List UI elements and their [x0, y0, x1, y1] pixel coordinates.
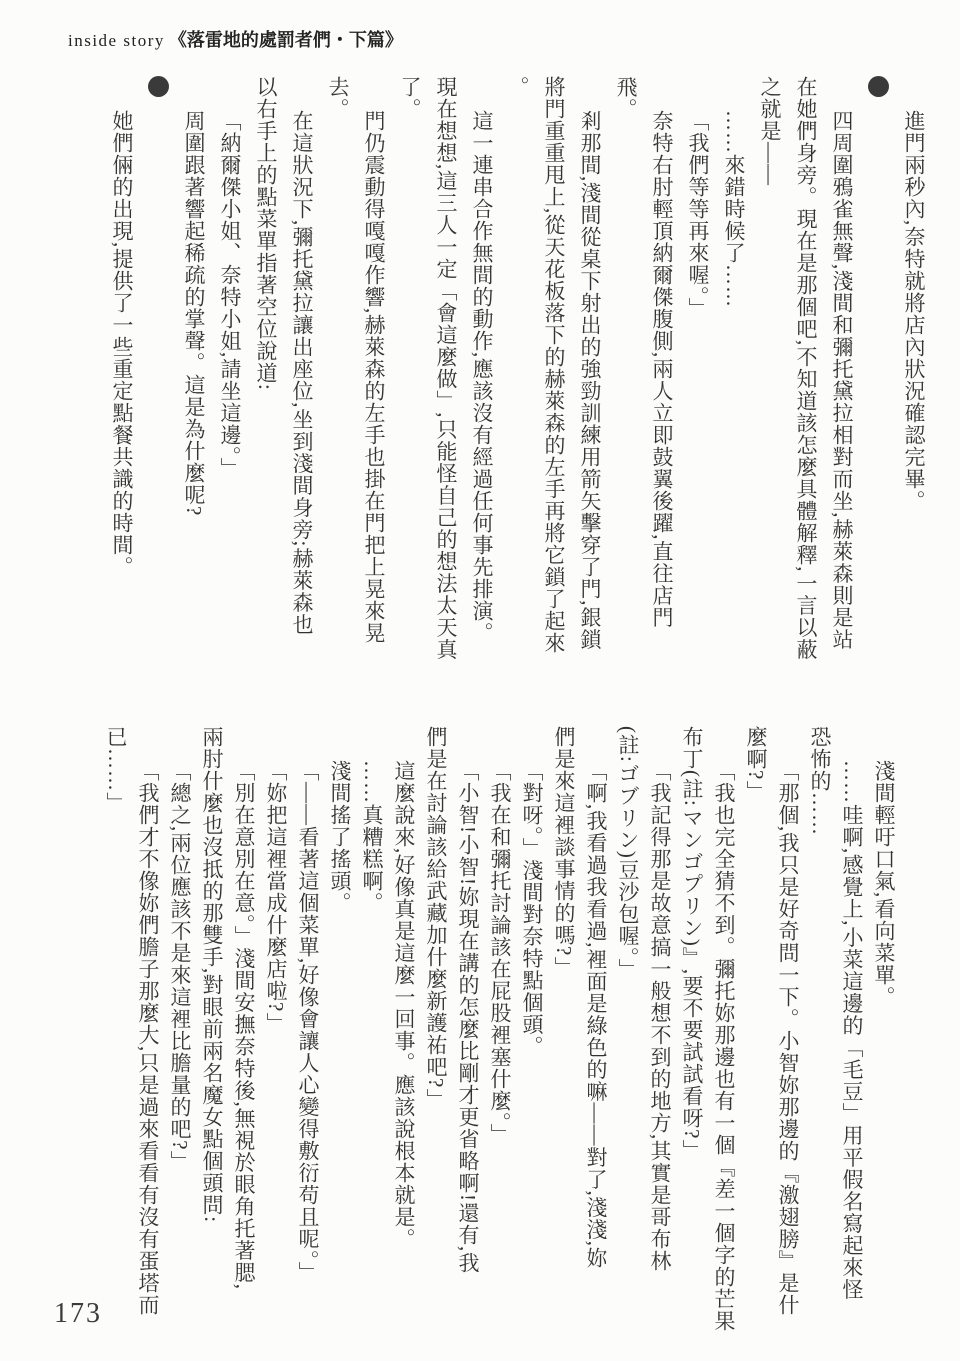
text-line: 恐怖的……: [804, 726, 836, 1344]
text-line: 「我們才不像妳們膽子那麼大,只是過來看看有沒有蛋塔而: [132, 726, 164, 1344]
text-line: 以右手上的點菜單指著空位說道:: [248, 76, 284, 676]
section-break-line: [140, 76, 176, 676]
section-break-dot-icon: [148, 76, 169, 97]
page-number: 173: [54, 1298, 102, 1330]
text-line: 奈特右肘輕頂納爾傑腹側,兩人立即鼓翼後躍,直往店門: [644, 76, 680, 676]
text-line: 「我們等等再來喔。」: [680, 76, 716, 676]
text-line: 「總之,兩位應該不是來這裡比膽量的吧?」: [164, 726, 196, 1344]
text-line: 「納爾傑小姐、奈特小姐,請坐這邊。」: [212, 76, 248, 676]
text-line: 淺間輕吁口氣,看向菜單。: [868, 726, 900, 1344]
text-line: ……來錯時候了……: [716, 76, 752, 676]
text-line: 們是在討論該給武藏加什麼新護祐吧?」: [420, 726, 452, 1344]
text-line: 這一連串合作無間的動作,應該沒有經過任何事先排演。: [464, 76, 500, 676]
text-line: 這麼說來,好像真是這麼一回事。應該說根本就是。: [388, 726, 420, 1344]
text-line: 「啊,我看過我看過,裡面是綠色的嘛——對了,淺淺,妳: [580, 726, 612, 1344]
text-line: ……真糟糕啊。: [356, 726, 388, 1344]
text-line: 兩肘什麼也沒抵的那雙手,對眼前兩名魔女點個頭問:: [196, 726, 228, 1344]
text-line: 在她們身旁。現在是那個吧,不知道該怎麼具體解釋,一言以蔽: [788, 76, 824, 676]
bottom-text-block: 淺間輕吁口氣,看向菜單。……哇啊,感覺上,小菜這邊的「毛豆」用平假名寫起來怪恐怖…: [90, 726, 900, 1344]
text-line: 進門兩秒內,奈特就將店內狀況確認完畢。: [896, 76, 932, 676]
text-line: 了。: [392, 76, 428, 676]
text-line: 「對呀。」淺間對奈特點個頭。: [516, 726, 548, 1344]
text-line: 「我在和彌托討論該在屁股裡塞什麼。」: [484, 726, 516, 1344]
text-line: 麼啊?」: [740, 726, 772, 1344]
text-line: 已……」: [100, 726, 132, 1344]
text-line: 剎那間,淺間從桌下射出的強勁訓練用箭矢擊穿了門,銀鎖: [572, 76, 608, 676]
text-line: 布丁(註:マンゴプリン)』,要不要試試看呀?」: [676, 726, 708, 1344]
text-line: 「妳把這裡當成什麼店啦?」: [260, 726, 292, 1344]
section-break-line: [860, 76, 896, 676]
header-story-title: 《落雷地的處罰者們・下篇》: [169, 30, 403, 50]
text-line: 「那個,我只是好奇問一下。小智妳那邊的『激翅膀』是什: [772, 726, 804, 1344]
text-line: ……哇啊,感覺上,小菜這邊的「毛豆」用平假名寫起來怪: [836, 726, 868, 1344]
text-line: 在這狀況下,彌托黛拉讓出座位,坐到淺間身旁;赫萊森也: [284, 76, 320, 676]
text-line: 飛。: [608, 76, 644, 676]
text-line: 現在想想,這三人一定「會這麼做」,只能怪自己的想法太天真: [428, 76, 464, 676]
text-line: 周圍跟著響起稀疏的掌聲。這是為什麼呢?: [176, 76, 212, 676]
text-line: 門仍震動得嘎嘎作響,赫萊森的左手也掛在門把上晃來晃: [356, 76, 392, 676]
text-line: 「小智!小智!妳現在講的怎麼比剛才更省略啊!還有,我: [452, 726, 484, 1344]
text-line: 她們倆的出現,提供了一些重定點餐共識的時間。: [104, 76, 140, 676]
text-line: 去。: [320, 76, 356, 676]
text-line: (註:ゴブリン)豆沙包喔。」: [612, 726, 644, 1344]
text-line: 「——看著這個菜單,好像會讓人心變得敷衍苟且呢。」: [292, 726, 324, 1344]
text-line: 「別在意別在意。」淺間安撫奈特後,無視於眼角托著腮,: [228, 726, 260, 1344]
running-header: inside story《落雷地的處罰者們・下篇》: [68, 26, 403, 52]
text-line: 「我也完全猜不到。彌托妳那邊也有一個『差一個字的芒果: [708, 726, 740, 1344]
text-line: 之就是——: [752, 76, 788, 676]
text-line: 們是來這裡談事情的嗎?」: [548, 726, 580, 1344]
text-line: 淺間搖了搖頭。: [324, 726, 356, 1344]
text-line: 「我記得那是故意搞一般想不到的地方,其實是哥布林: [644, 726, 676, 1344]
header-latin-label: inside story: [68, 31, 165, 50]
text-line: 將門重重甩上,從天花板落下的赫萊森的左手再將它鎖了起來。: [500, 76, 572, 676]
top-text-block: 進門兩秒內,奈特就將店內狀況確認完畢。四周圍鴉雀無聲,淺間和彌托黛拉相對而坐,赫…: [72, 76, 932, 676]
section-break-dot-icon: [868, 76, 889, 97]
text-line: 四周圍鴉雀無聲,淺間和彌托黛拉相對而坐,赫萊森則是站: [824, 76, 860, 676]
